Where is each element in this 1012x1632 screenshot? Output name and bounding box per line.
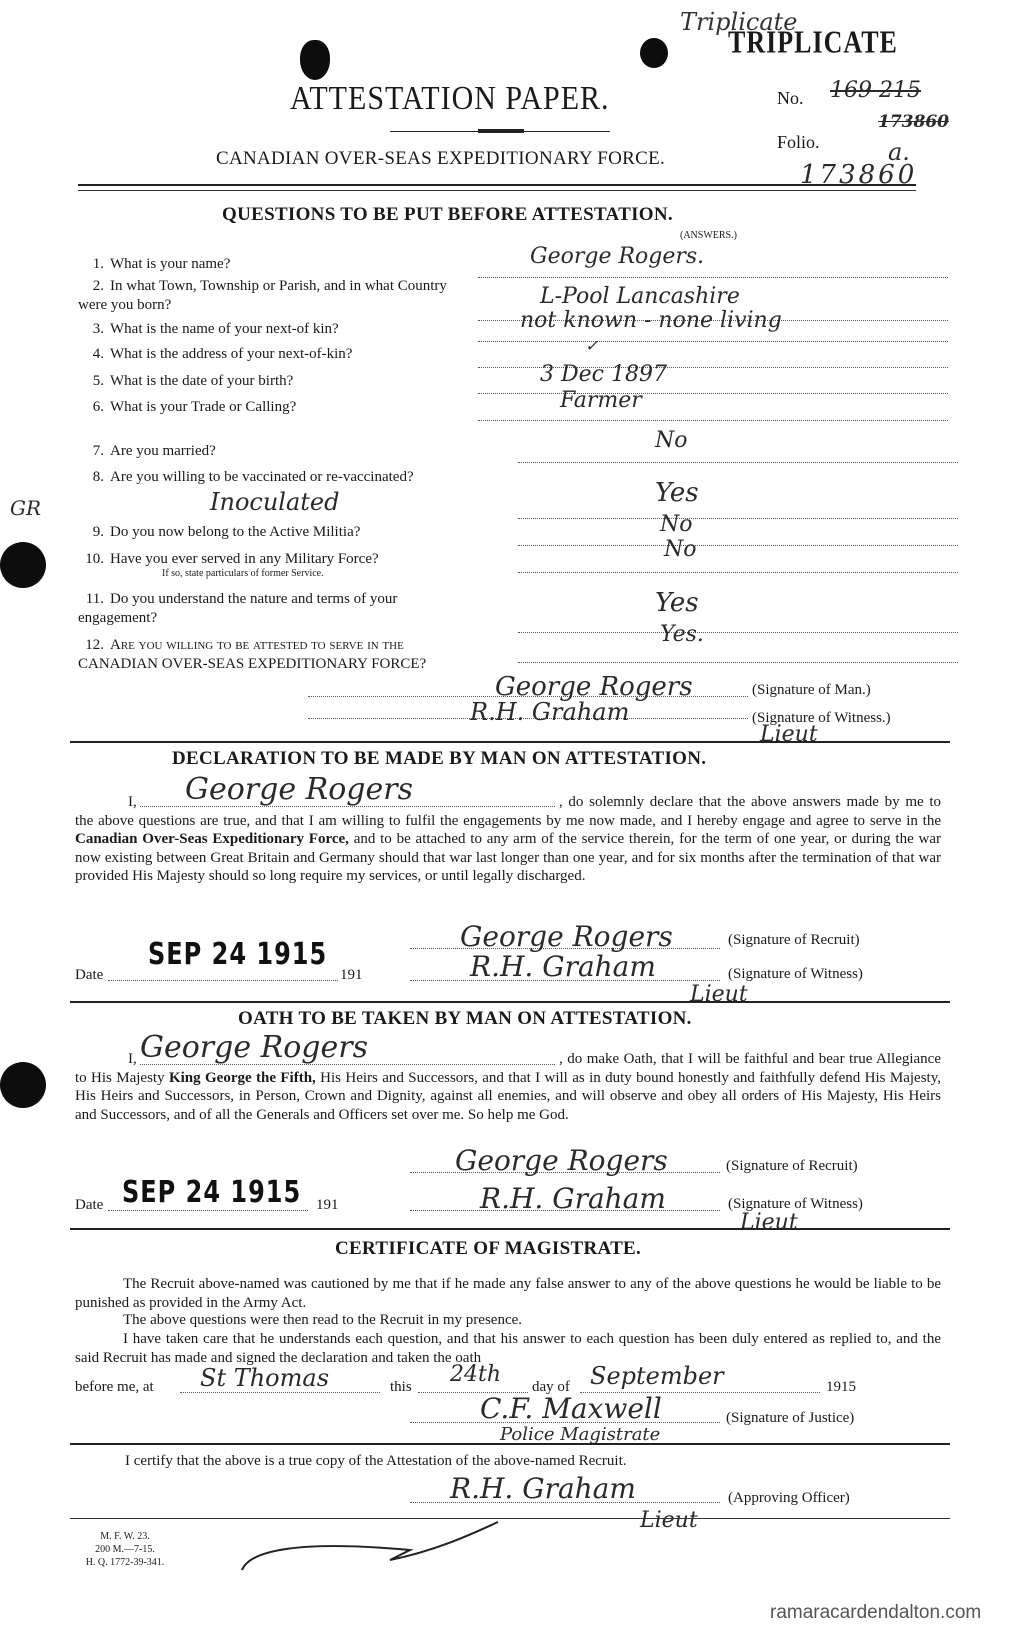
question-6: 6.What is your Trade or Calling? [78, 398, 458, 417]
section-divider [70, 1228, 950, 1230]
question-2: 2.In what Town, Township or Parish, and … [78, 277, 458, 315]
ink-blot [300, 40, 330, 80]
triplicate-stamp: TRIPLICATE [728, 25, 898, 61]
number-struck-value: 173860 [878, 112, 949, 132]
magistrate-heading: CERTIFICATE OF MAGISTRATE. [335, 1238, 641, 1260]
question-9: 9.Do you now belong to the Active Militi… [78, 523, 458, 542]
answer-8-note: Inoculated [210, 488, 339, 516]
form-code: 200 M.—7-15. [80, 1543, 170, 1556]
answer-4: ✓ [585, 336, 598, 355]
justice-signature: C.F. Maxwell [480, 1392, 662, 1425]
header-divider-thin [78, 190, 916, 191]
folio-label: Folio. [777, 132, 820, 153]
answer-10: No [664, 537, 697, 562]
this-label: this [390, 1378, 412, 1397]
officer-rank: Lieut [640, 1508, 698, 1533]
answer-3: not known - none living [520, 308, 782, 333]
question-11: 11.Do you understand the nature and term… [78, 590, 468, 628]
answer-10-line [518, 552, 958, 573]
declaration-text: , do solemnly declare that the above ans… [75, 793, 941, 886]
header-divider [78, 184, 916, 186]
justice-signature-label: (Signature of Justice) [726, 1410, 854, 1427]
title-ornament-center [478, 129, 524, 133]
question-8: 8.Are you willing to be vaccinated or re… [78, 468, 458, 487]
question-3: 3.What is the name of your next-of kin? [78, 320, 458, 339]
page-title: ATTESTATION PAPER. [290, 80, 610, 118]
certification-text: I certify that the above is a true copy … [125, 1452, 627, 1471]
section-divider [70, 1518, 950, 1519]
magistrate-place: St Thomas [200, 1364, 329, 1392]
answer-7-line [518, 442, 958, 463]
answer-11: Yes [655, 588, 699, 618]
side-initials: GR [10, 496, 41, 520]
oath-date-label: Date [75, 1196, 103, 1215]
man-signature-label: (Signature of Man.) [752, 682, 871, 699]
punch-hole [0, 1062, 46, 1108]
questions-heading: QUESTIONS TO BE PUT BEFORE ATTESTATION. [222, 204, 673, 226]
magistrate-month: September [590, 1362, 724, 1390]
magistrate-para-1: The Recruit above-named was cautioned by… [75, 1275, 941, 1312]
before-me-label: before me, at [75, 1378, 154, 1397]
flourish-stroke [240, 1520, 500, 1590]
declaration-recruit-signature: George Rogers [460, 920, 673, 953]
answer-8-line [518, 498, 958, 519]
oath-heading: OATH TO BE TAKEN BY MAN ON ATTESTATION. [238, 1008, 692, 1030]
answer-6-line [478, 400, 948, 421]
punch-hole [0, 542, 46, 588]
form-codes: M. F. W. 23. 200 M.—7-15. H. Q. 1772-39-… [80, 1530, 170, 1569]
ink-blot [640, 38, 668, 68]
number-value: 169 215 [830, 78, 921, 103]
page-subtitle: CANADIAN OVER-SEAS EXPEDITIONARY FORCE. [216, 148, 665, 170]
answer-12-line [518, 642, 958, 663]
answer-12: Yes. [660, 622, 704, 647]
question-1: 1.What is your name? [78, 255, 458, 274]
witness-rank: Lieut [760, 722, 818, 747]
form-code: H. Q. 1772-39-341. [80, 1556, 170, 1569]
declaration-date-stamp: SEP 24 1915 [148, 937, 327, 972]
oath-year-prefix: 191 [316, 1196, 339, 1215]
declaration-heading: DECLARATION TO BE MADE BY MAN ON ATTESTA… [172, 748, 706, 770]
magistrate-day: 24th [450, 1362, 501, 1387]
witness-signature: R.H. Graham [470, 698, 629, 726]
declaration-date-label: Date [75, 966, 103, 985]
section-divider [70, 1001, 950, 1003]
question-4: 4.What is the address of your next-of-ki… [78, 345, 458, 364]
question-7: 7.Are you married? [78, 442, 458, 461]
declaration-witness-rank: Lieut [690, 982, 748, 1007]
answer-8: Yes [655, 478, 699, 508]
answer-11-line [518, 612, 958, 633]
question-5: 5.What is the date of your birth? [78, 372, 458, 391]
magistrate-para-2: The above questions were then read to th… [75, 1311, 941, 1330]
officer-signature-label: (Approving Officer) [728, 1490, 850, 1507]
oath-witness-rank: Lieut [740, 1210, 798, 1235]
officer-signature: R.H. Graham [450, 1472, 636, 1505]
answer-7: No [655, 428, 688, 453]
section-divider [70, 1443, 950, 1445]
answer-2: L-Pool Lancashire [540, 284, 740, 309]
declaration-recruit-label: (Signature of Recruit) [728, 932, 860, 949]
declaration-date-line [108, 980, 338, 981]
justice-title: Police Magistrate [500, 1424, 660, 1445]
magistrate-year: 1915 [826, 1378, 856, 1397]
declaration-year-prefix: 191 [340, 966, 363, 985]
question-10: 10.Have you ever served in any Military … [78, 550, 468, 569]
place-line [180, 1392, 380, 1393]
question-12: 12.Are you willing to be attested to ser… [78, 636, 468, 674]
oath-witness-signature: R.H. Graham [480, 1182, 666, 1215]
answer-5: 3 Dec 1897 [540, 362, 667, 387]
number-label: No. [777, 88, 804, 109]
oath-date-line [108, 1210, 308, 1211]
answer-1: George Rogers. [530, 244, 704, 269]
answer-9: No [660, 512, 693, 537]
magistrate-para-3: I have taken care that he understands ea… [75, 1330, 941, 1367]
oath-date-stamp: SEP 24 1915 [122, 1175, 301, 1210]
declaration-witness-label: (Signature of Witness) [728, 966, 863, 983]
answers-label: (ANSWERS.) [680, 230, 737, 241]
oath-recruit-signature: George Rogers [455, 1144, 668, 1177]
section-divider [70, 741, 950, 743]
form-code: M. F. W. 23. [80, 1530, 170, 1543]
question-10-subnote: If so, state particulars of former Servi… [162, 568, 324, 579]
answer-6: Farmer [560, 388, 642, 413]
watermark: ramaracardendalton.com [770, 1602, 981, 1624]
declaration-witness-signature: R.H. Graham [470, 950, 656, 983]
answer-9-line [518, 525, 958, 546]
oath-text: , do make Oath, that I will be faithful … [75, 1050, 941, 1124]
oath-recruit-label: (Signature of Recruit) [726, 1158, 858, 1175]
